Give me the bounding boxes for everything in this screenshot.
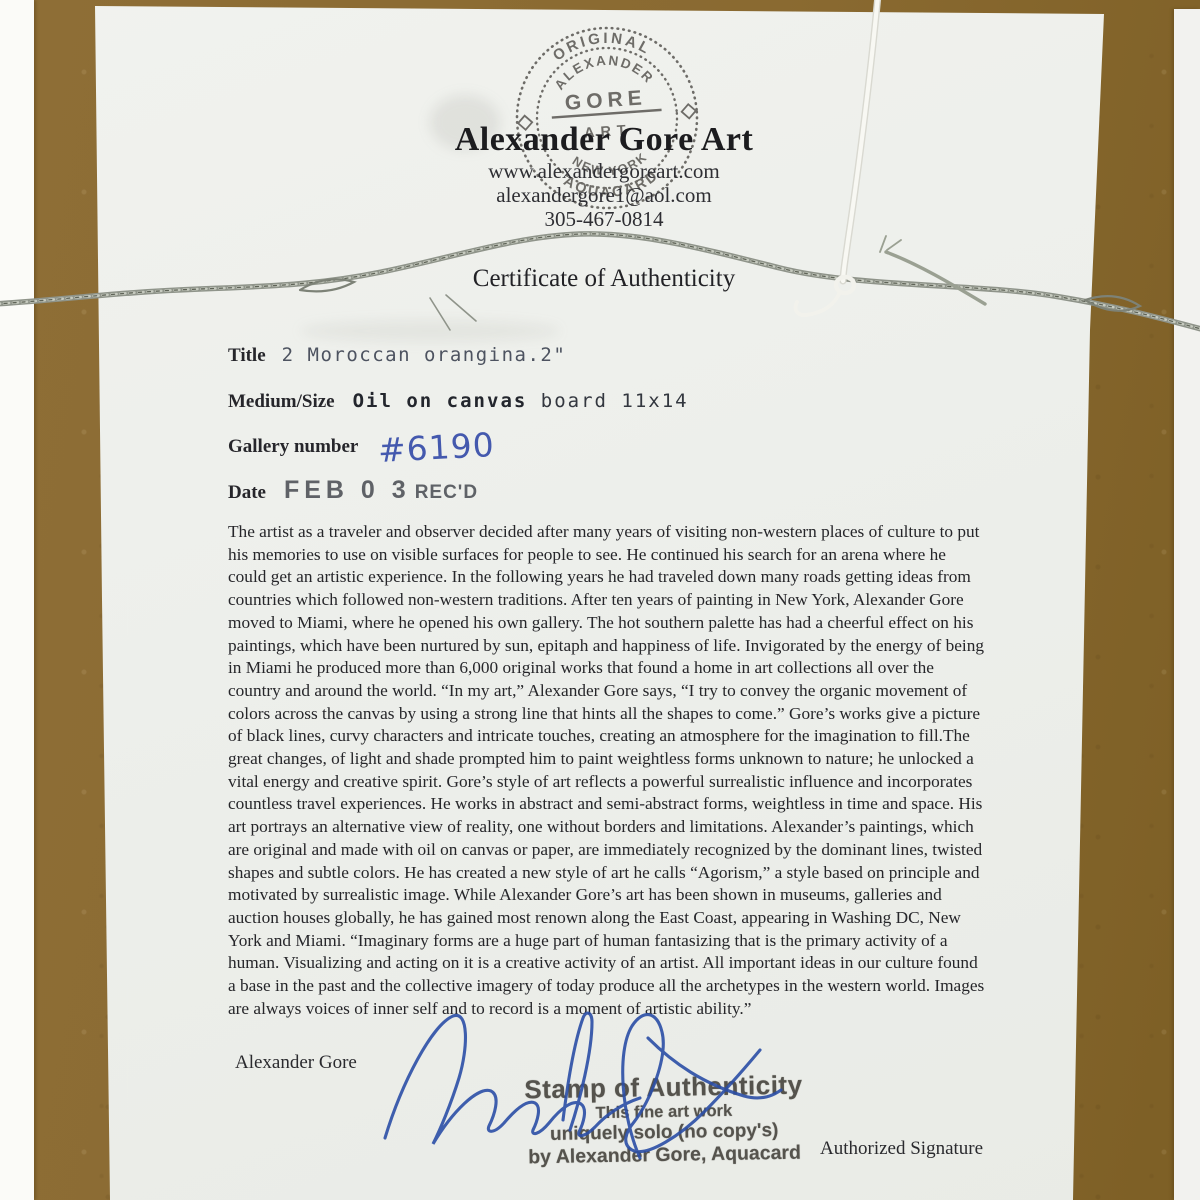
picture-wire [0, 234, 1200, 330]
wire-braid-highlight [0, 234, 1200, 330]
hanging-wire-and-string [0, 0, 1200, 1200]
white-string [843, 0, 878, 281]
wire-strand-fray [880, 236, 901, 252]
wire-braid-shadow [0, 234, 1200, 330]
string-tail [795, 292, 840, 315]
wire-strand [886, 252, 985, 304]
wire-fray [430, 295, 476, 330]
